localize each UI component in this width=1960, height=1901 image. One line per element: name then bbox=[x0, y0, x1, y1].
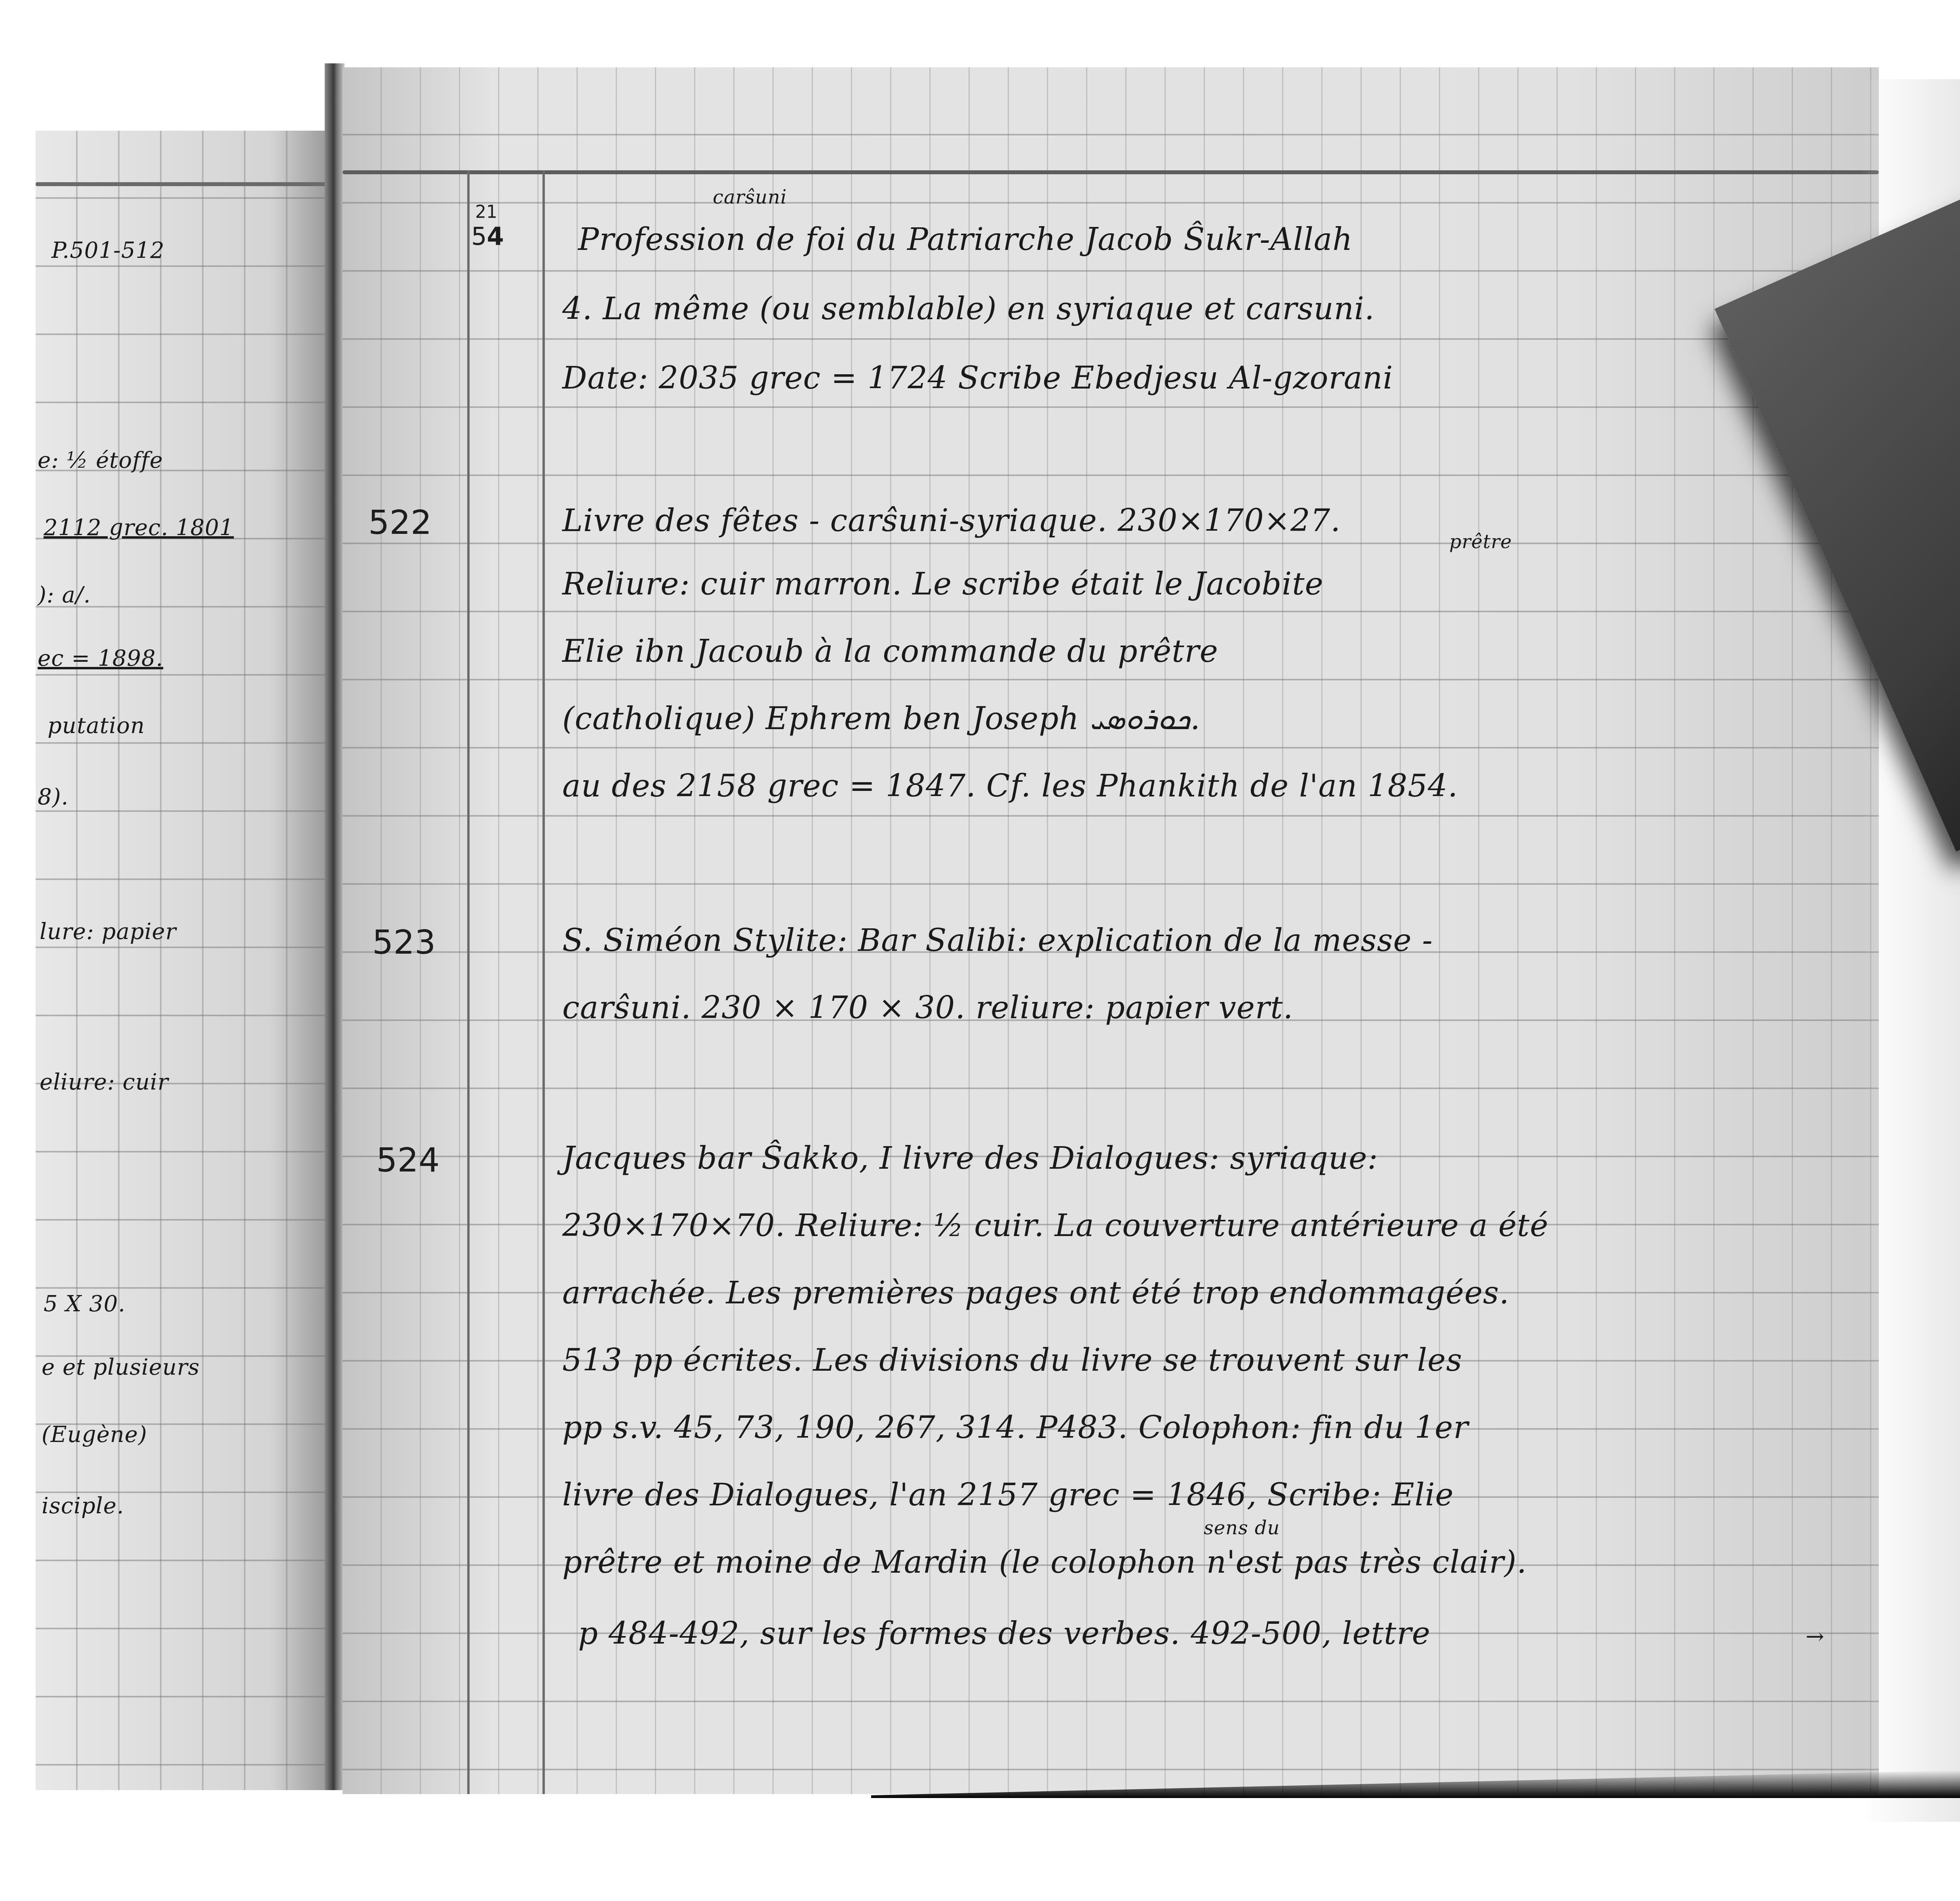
number-column-line bbox=[467, 170, 470, 1794]
entry-line: Jacques bar Ŝakko, I livre des Dialogues… bbox=[562, 1141, 1378, 1176]
text-margin-line bbox=[542, 170, 545, 1794]
left-line: 5 X 30. bbox=[44, 1291, 126, 1317]
entry-line: au des 2158 grec = 1847. Cf. les Phankit… bbox=[562, 768, 1458, 804]
entry-line: pp s.v. 45, 73, 190, 267, 314. P483. Col… bbox=[562, 1410, 1469, 1446]
left-line: e: ½ étoffe bbox=[38, 448, 163, 473]
left-line: 2112 grec. 1801 bbox=[44, 515, 234, 541]
entry-line: arrachée. Les premières pages ont été tr… bbox=[562, 1275, 1509, 1311]
left-line: e et plusieurs bbox=[42, 1354, 200, 1380]
entry-line: 230×170×70. Reliure: ½ cuir. La couvertu… bbox=[562, 1208, 1549, 1244]
continuation-arrow-icon: → bbox=[1806, 1624, 1825, 1650]
entry-line: carŝuni. 230 × 170 × 30. reliure: papier… bbox=[562, 990, 1293, 1026]
annotation-above: sens du bbox=[1204, 1517, 1280, 1539]
left-line: isciple. bbox=[42, 1493, 124, 1519]
left-line: putation bbox=[48, 713, 145, 739]
left-line: 8). bbox=[38, 784, 69, 810]
entry-line: Date: 2035 grec = 1724 Scribe Ebedjesu A… bbox=[562, 360, 1393, 396]
annotation-above: carŝuni bbox=[713, 186, 787, 208]
entry-line: 4. La même (ou semblable) en syriaque et… bbox=[562, 291, 1375, 327]
entry-number: 523 bbox=[372, 923, 436, 962]
entry-line: (catholique) Ephrem ben Joseph ܟܘܪܘܣܝ. bbox=[562, 701, 1200, 737]
page-top-rule bbox=[36, 182, 329, 186]
entry-number-sup: 21 bbox=[475, 202, 497, 222]
entry-line: p 484-492, sur les formes des verbes. 49… bbox=[578, 1616, 1431, 1651]
left-line: (Eugène) bbox=[42, 1422, 147, 1448]
left-line: eliure: cuir bbox=[40, 1069, 169, 1095]
entry-number: 524 bbox=[376, 1141, 440, 1179]
entry-number-main: 54 bbox=[471, 222, 504, 251]
annotation-above: prêtre bbox=[1449, 531, 1512, 553]
left-line: ): a/. bbox=[38, 582, 91, 608]
entry-line: Reliure: cuir marron. Le scribe était le… bbox=[562, 566, 1324, 602]
left-line: lure: papier bbox=[40, 919, 176, 945]
entry-line: S. Siméon Stylite: Bar Salibi: explicati… bbox=[562, 923, 1433, 958]
page-top-rule bbox=[343, 170, 1879, 174]
entry-number: 522 bbox=[368, 503, 432, 542]
entry-line: livre des Dialogues, l'an 2157 grec = 18… bbox=[562, 1477, 1454, 1513]
notebook-spine bbox=[325, 63, 344, 1790]
entry-line: Elie ibn Jacoub à la commande du prêtre bbox=[562, 634, 1218, 669]
entry-line: 513 pp écrites. Les divisions du livre s… bbox=[562, 1343, 1462, 1378]
entry-line: prêtre et moine de Mardin (le colophon n… bbox=[562, 1545, 1527, 1580]
left-line: ec = 1898. bbox=[38, 646, 163, 671]
left-line: P.501-512 bbox=[51, 238, 165, 263]
entry-line: Profession de foi du Patriarche Jacob Ŝu… bbox=[578, 222, 1353, 257]
entry-number: 21 54 bbox=[471, 222, 504, 251]
left-notebook-page bbox=[36, 131, 329, 1790]
entry-line: Livre des fêtes - carŝuni-syriaque. 230×… bbox=[562, 503, 1341, 539]
